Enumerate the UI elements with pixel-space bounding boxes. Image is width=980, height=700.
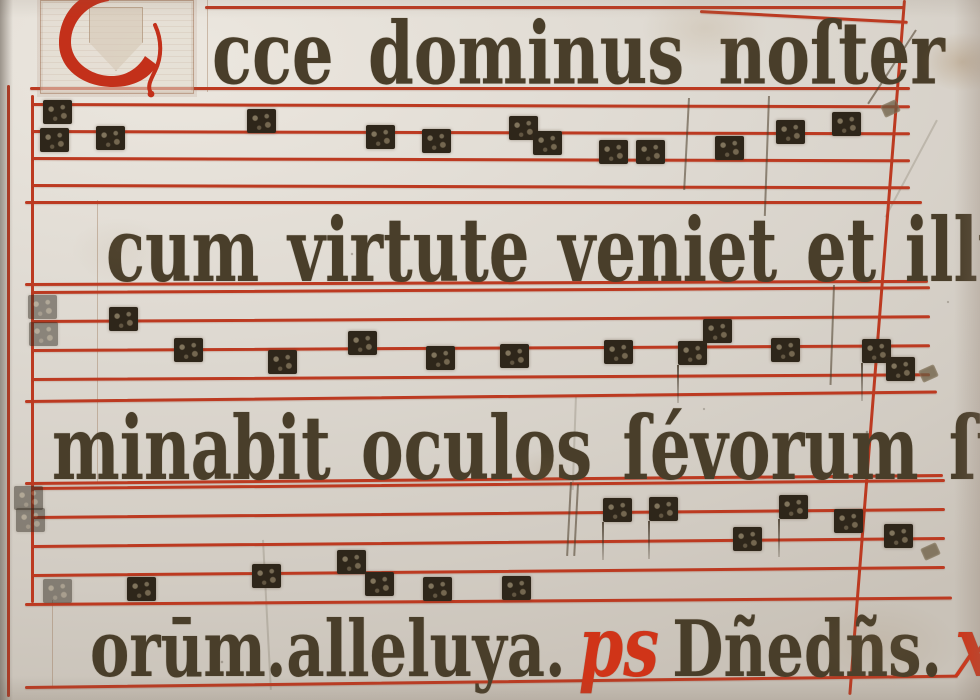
sketch-guide-line [52, 600, 53, 688]
staff-line-staff-1 [32, 184, 910, 190]
neume-punctum [636, 140, 665, 164]
neume-punctum [43, 100, 72, 124]
staff-line-staff-3 [32, 537, 945, 548]
neume-punctum [127, 577, 156, 601]
neume-punctum [29, 322, 58, 346]
neume-punctum [247, 109, 276, 133]
neume-punctum [426, 346, 455, 370]
neume-punctum [96, 126, 125, 150]
chant-text-line-1: cce dominus noſter [212, 8, 945, 99]
staff-line-staff-3 [32, 566, 945, 577]
neume-punctum [423, 577, 452, 601]
neume-punctum [502, 576, 531, 600]
neume-punctum [832, 112, 861, 136]
staff-line-staff-2 [32, 373, 930, 381]
custos-mark [920, 542, 941, 561]
neume-punctum [366, 125, 395, 149]
rubric-segment: x [955, 606, 980, 690]
neume-punctum [174, 338, 203, 362]
neume-punctum [703, 319, 732, 343]
rubric-segment: ps [579, 606, 659, 690]
neume-punctum [43, 579, 72, 603]
initial-letter-E-icon [43, 0, 193, 99]
neume-punctum [779, 495, 808, 519]
neume-punctum [771, 338, 800, 362]
neume-punctum [14, 486, 43, 510]
chant-text-line-2: cum virtute veniet et illu [106, 202, 980, 299]
staff-line-staff-1 [32, 157, 910, 163]
neume-punctum [268, 350, 297, 374]
neume-punctum [678, 341, 707, 365]
neume-punctum [252, 564, 281, 588]
neume-punctum [533, 131, 562, 155]
red-rule-vertical [7, 85, 10, 697]
neume-punctum [886, 357, 915, 381]
division-stroke [683, 98, 690, 190]
neume-punctum [603, 498, 632, 522]
sketch-guide-line [207, 0, 208, 92]
neume-punctum [28, 295, 57, 319]
chant-text-line-3: minabit oculos ſévorum ſu [52, 400, 980, 497]
neume-punctum [337, 550, 366, 574]
chant-text-line-4: orūm.alleluya.psDñedñs.x [90, 606, 980, 692]
neume-punctum [365, 572, 394, 596]
neume-punctum [40, 128, 69, 152]
neume-punctum [715, 136, 744, 160]
neume-punctum [422, 129, 451, 153]
chant-text-segment: orūm.alleluya. [90, 606, 566, 692]
neume-punctum [109, 307, 138, 331]
neume-punctum [649, 497, 678, 521]
neume-punctum [604, 340, 633, 364]
chant-text-segment: Dñedñs. [672, 606, 942, 692]
neume-punctum [884, 524, 913, 548]
neume-punctum [733, 527, 762, 551]
neume-punctum [599, 140, 628, 164]
manuscript-page: cce dominus noſter cum virtute veniet et… [0, 0, 980, 700]
staff-line-staff-2 [32, 315, 930, 323]
initial-panel [40, 0, 194, 94]
neume-punctum [776, 120, 805, 144]
neume-punctum [500, 344, 529, 368]
custos-mark [918, 364, 939, 383]
neume-punctum [16, 508, 45, 532]
staff-line-staff-3 [32, 508, 945, 519]
neume-punctum [834, 509, 863, 533]
neume-punctum [348, 331, 377, 355]
